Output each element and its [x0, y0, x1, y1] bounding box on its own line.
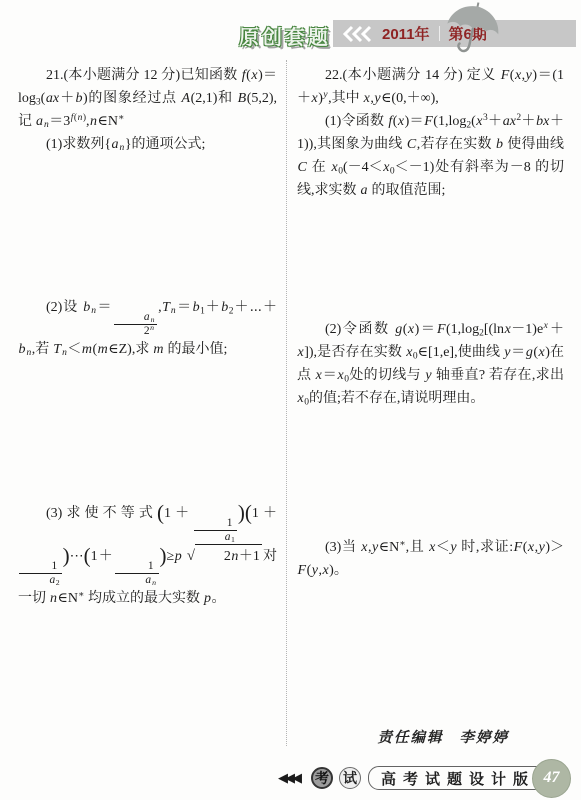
problem-21-part1: (1)求数列{an}的通项公式;	[18, 133, 277, 156]
footer-banner: ◀◀◀ 考 试 高考试题设计版 47	[278, 759, 571, 797]
problem-21-intro: 21.(本小题满分 12 分)已知函数 f(x)＝log3(ax＋b)的图象经过…	[18, 64, 277, 133]
problem-21: 21.(本小题满分 12 分)已知函数 f(x)＝log3(ax＋b)的图象经过…	[18, 64, 277, 156]
problem-22-part2-block: (2)令函数 g(x)＝F(1,log2[(lnx－1)ex＋x]),是否存在实…	[297, 318, 564, 410]
problem-22-part3: (3)当 x,y∈N∗,且 x＜y 时,求证:F(x,y)＞F(y,x)。	[297, 536, 564, 582]
problem-22: 22.(本小题满分 14 分) 定义 F(x,y)＝(1＋x)y,其中 x,y∈…	[297, 64, 564, 202]
chevrons-icon	[343, 25, 373, 43]
magazine-page: 原创套题 2011年 第6期 21.(本小题满分 12 分)已知函数 f(x)＝…	[0, 0, 581, 800]
right-column: 22.(本小题满分 14 分) 定义 F(x,y)＝(1＋x)y,其中 x,y∈…	[297, 58, 564, 748]
problem-22-part2: (2)令函数 g(x)＝F(1,log2[(lnx－1)ex＋x]),是否存在实…	[297, 318, 564, 410]
problem-22-part3-block: (3)当 x,y∈N∗,且 x＜y 时,求证:F(x,y)＞F(y,x)。	[297, 536, 564, 582]
problem-21-part3-block: (3)求使不等式(1＋1a1)(1＋1a2)⋯(1＋1an)≥p √2n＋1对一…	[18, 502, 277, 610]
shi-badge: 试	[339, 767, 361, 789]
left-column: 21.(本小题满分 12 分)已知函数 f(x)＝log3(ax＋b)的图象经过…	[18, 58, 277, 748]
magazine-logo: 原创套题	[239, 21, 331, 50]
umbrella-icon	[438, 0, 508, 65]
page-number-badge: 47	[532, 759, 571, 798]
problem-22-part1: (1)令函数 f(x)＝F(1,log2(x3＋ax2＋bx＋1)),其图象为曲…	[297, 110, 564, 202]
problem-21-part3: (3)求使不等式(1＋1a1)(1＋1a2)⋯(1＋1an)≥p √2n＋1对一…	[18, 502, 277, 610]
column-divider	[286, 60, 287, 746]
problem-22-intro: 22.(本小题满分 14 分) 定义 F(x,y)＝(1＋x)y,其中 x,y∈…	[297, 64, 564, 110]
editor-credit: 责任编辑李婷婷	[0, 726, 509, 747]
editor-label: 责任编辑	[378, 730, 444, 746]
editor-name: 李婷婷	[460, 730, 510, 746]
left-arrows-icon: ◀◀◀	[278, 771, 302, 786]
header-year: 2011年	[382, 23, 430, 44]
kao-badge: 考	[311, 767, 333, 789]
problem-21-part2-block: (2)设 bn＝an2n,Tn＝b1＋b2＋⋯＋bn,若 Tn＜m(m∈Z),求…	[18, 296, 277, 361]
problem-21-part2: (2)设 bn＝an2n,Tn＝b1＋b2＋⋯＋bn,若 Tn＜m(m∈Z),求…	[18, 296, 277, 361]
